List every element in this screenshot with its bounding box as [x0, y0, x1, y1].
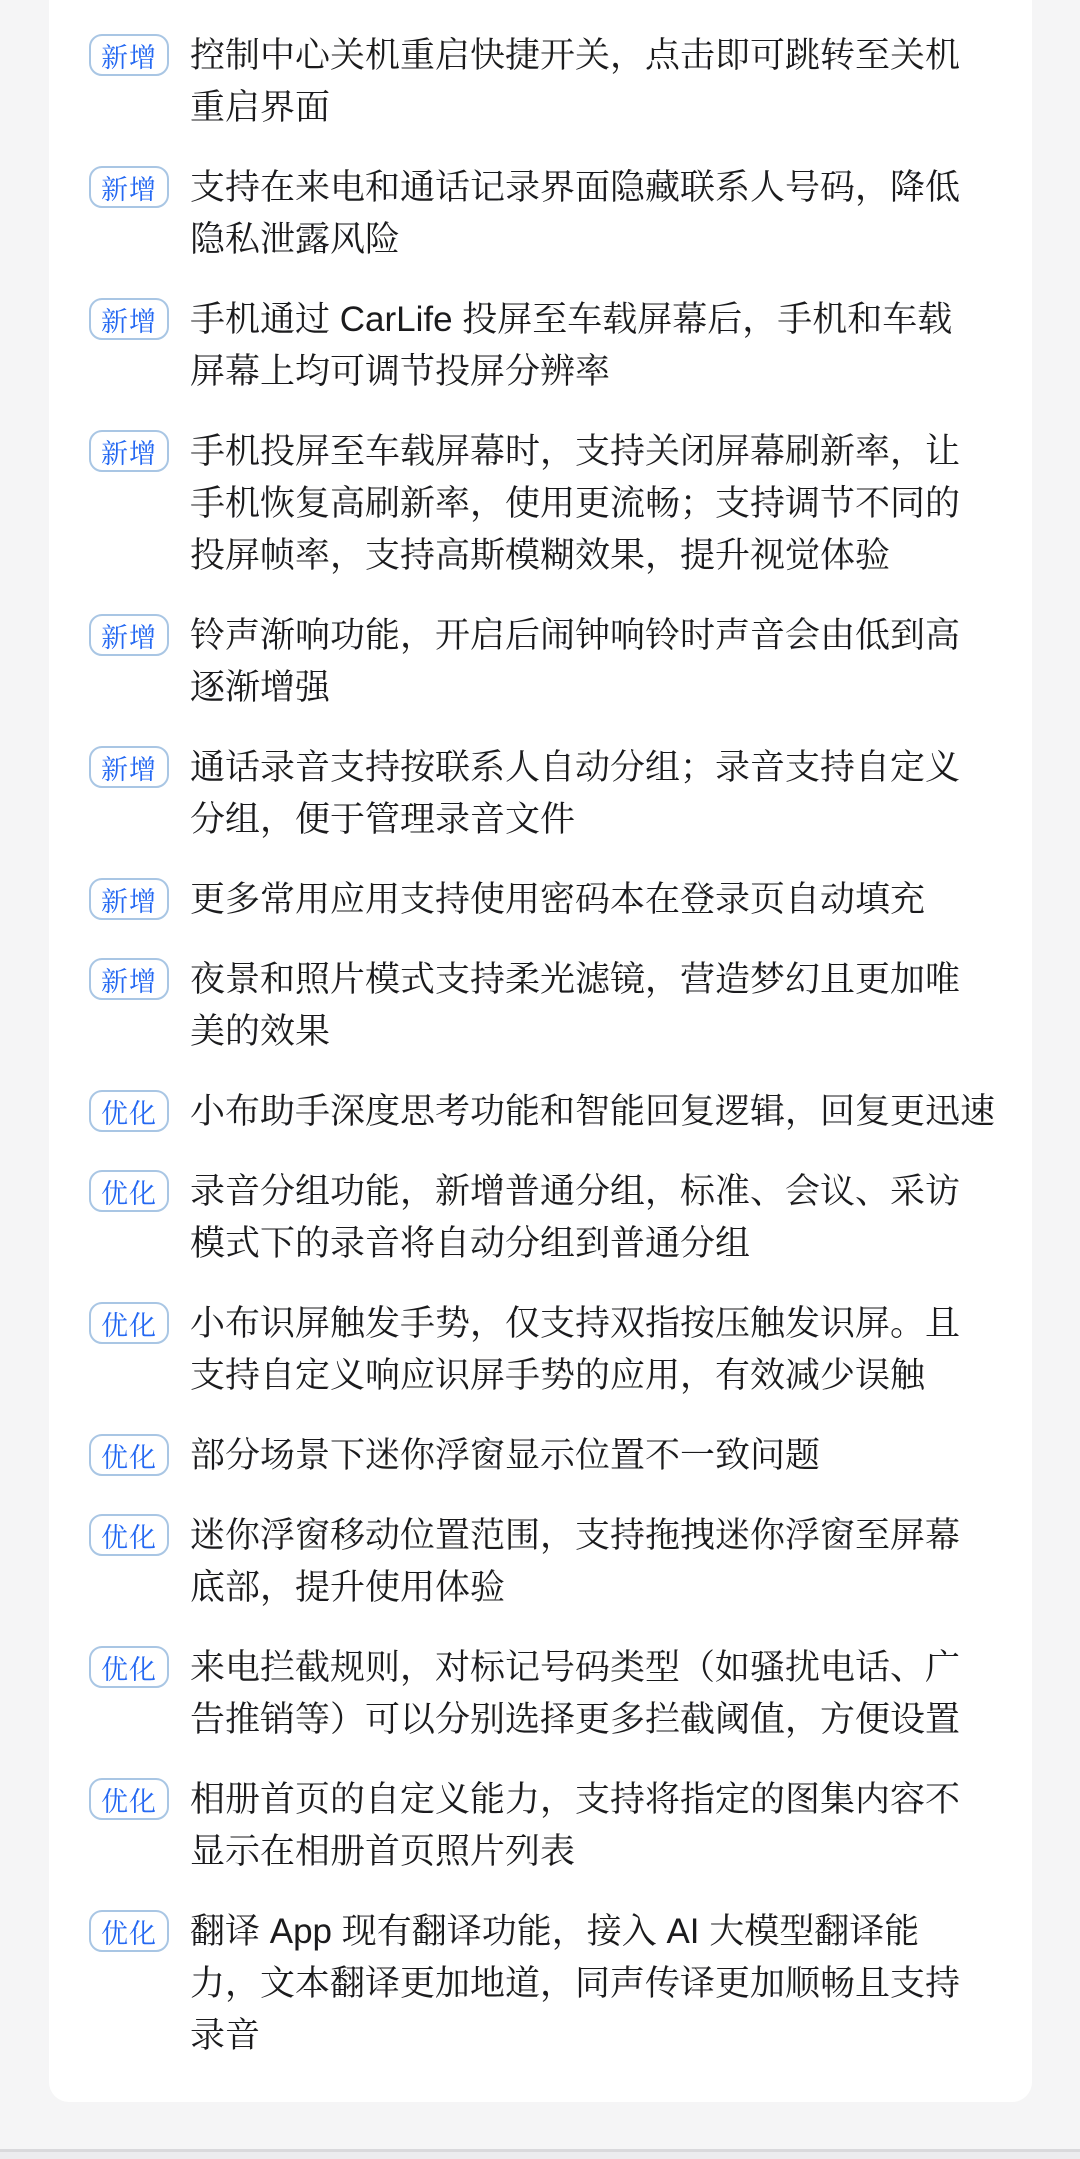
item-text: 手机通过 CarLife 投屏至车载屏幕后，手机和车载 屏幕上均可调节投屏分辨率 — [190, 294, 1008, 398]
changelog-item: 优化 小布助手深度思考功能和智能回复逻辑，回复更迅速 — [89, 1086, 1008, 1138]
changelog-item: 新增 手机投屏至车载屏幕时，支持关闭屏幕刷新率，让 手机恢复高刷新率，使用更流畅… — [89, 426, 1008, 582]
item-text: 录音分组功能，新增普通分组，标准、会议、采访 模式下的录音将自动分组到普通分组 — [190, 1166, 1008, 1270]
changelog-list: 新增 控制中心关机重启快捷开关，点击即可跳转至关机 重启界面 新增 支持在来电和… — [89, 30, 1008, 2062]
item-text: 支持在来电和通话记录界面隐藏联系人号码，降低 隐私泄露风险 — [190, 162, 1008, 266]
item-type-badge: 优化 — [89, 1778, 169, 1820]
item-text: 小布助手深度思考功能和智能回复逻辑，回复更迅速 — [190, 1086, 1008, 1138]
item-type-badge: 优化 — [89, 1434, 169, 1476]
changelog-item: 新增 铃声渐响功能，开启后闹钟响铃时声音会由低到高 逐渐增强 — [89, 610, 1008, 714]
changelog-item: 新增 更多常用应用支持使用密码本在登录页自动填充 — [89, 874, 1008, 926]
bottom-strip — [0, 2152, 1080, 2159]
item-text: 部分场景下迷你浮窗显示位置不一致问题 — [190, 1430, 1008, 1482]
changelog-item: 优化 相册首页的自定义能力，支持将指定的图集内容不 显示在相册首页照片列表 — [89, 1774, 1008, 1878]
changelog-item: 优化 迷你浮窗移动位置范围，支持拖拽迷你浮窗至屏幕 底部，提升使用体验 — [89, 1510, 1008, 1614]
item-type-badge: 新增 — [89, 746, 169, 788]
item-type-badge: 新增 — [89, 430, 169, 472]
item-text: 控制中心关机重启快捷开关，点击即可跳转至关机 重启界面 — [190, 30, 1008, 134]
changelog-item: 优化 录音分组功能，新增普通分组，标准、会议、采访 模式下的录音将自动分组到普通… — [89, 1166, 1008, 1270]
changelog-item: 优化 来电拦截规则，对标记号码类型（如骚扰电话、广 告推销等）可以分别选择更多拦… — [89, 1642, 1008, 1746]
changelog-item: 新增 手机通过 CarLife 投屏至车载屏幕后，手机和车载 屏幕上均可调节投屏… — [89, 294, 1008, 398]
item-type-badge: 新增 — [89, 958, 169, 1000]
item-type-badge: 新增 — [89, 34, 169, 76]
item-type-badge: 优化 — [89, 1090, 169, 1132]
item-text: 铃声渐响功能，开启后闹钟响铃时声音会由低到高 逐渐增强 — [190, 610, 1008, 714]
item-text: 更多常用应用支持使用密码本在登录页自动填充 — [190, 874, 1008, 926]
item-type-badge: 新增 — [89, 166, 169, 208]
changelog-item: 新增 通话录音支持按联系人自动分组；录音支持自定义 分组，便于管理录音文件 — [89, 742, 1008, 846]
item-text: 通话录音支持按联系人自动分组；录音支持自定义 分组，便于管理录音文件 — [190, 742, 1008, 846]
changelog-card: 新增 控制中心关机重启快捷开关，点击即可跳转至关机 重启界面 新增 支持在来电和… — [49, 0, 1032, 2102]
changelog-item: 新增 控制中心关机重启快捷开关，点击即可跳转至关机 重启界面 — [89, 30, 1008, 134]
item-type-badge: 优化 — [89, 1910, 169, 1952]
changelog-item: 优化 翻译 App 现有翻译功能，接入 AI 大模型翻译能 力，文本翻译更加地道… — [89, 1906, 1008, 2062]
item-text: 来电拦截规则，对标记号码类型（如骚扰电话、广 告推销等）可以分别选择更多拦截阈值… — [190, 1642, 1008, 1746]
changelog-item: 优化 小布识屏触发手势，仅支持双指按压触发识屏。且 支持自定义响应识屏手势的应用… — [89, 1298, 1008, 1402]
item-type-badge: 优化 — [89, 1514, 169, 1556]
item-text: 手机投屏至车载屏幕时，支持关闭屏幕刷新率，让 手机恢复高刷新率，使用更流畅；支持… — [190, 426, 1008, 582]
changelog-item: 新增 夜景和照片模式支持柔光滤镜，营造梦幻且更加唯 美的效果 — [89, 954, 1008, 1058]
item-text: 迷你浮窗移动位置范围，支持拖拽迷你浮窗至屏幕 底部，提升使用体验 — [190, 1510, 1008, 1614]
item-text: 小布识屏触发手势，仅支持双指按压触发识屏。且 支持自定义响应识屏手势的应用，有效… — [190, 1298, 1008, 1402]
item-type-badge: 新增 — [89, 878, 169, 920]
item-text: 相册首页的自定义能力，支持将指定的图集内容不 显示在相册首页照片列表 — [190, 1774, 1008, 1878]
item-type-badge: 优化 — [89, 1646, 169, 1688]
changelog-item: 优化 部分场景下迷你浮窗显示位置不一致问题 — [89, 1430, 1008, 1482]
changelog-item: 新增 支持在来电和通话记录界面隐藏联系人号码，降低 隐私泄露风险 — [89, 162, 1008, 266]
item-type-badge: 优化 — [89, 1302, 169, 1344]
item-text: 夜景和照片模式支持柔光滤镜，营造梦幻且更加唯 美的效果 — [190, 954, 1008, 1058]
item-type-badge: 新增 — [89, 298, 169, 340]
item-type-badge: 优化 — [89, 1170, 169, 1212]
item-text: 翻译 App 现有翻译功能，接入 AI 大模型翻译能 力，文本翻译更加地道，同声… — [190, 1906, 1008, 2062]
item-type-badge: 新增 — [89, 614, 169, 656]
